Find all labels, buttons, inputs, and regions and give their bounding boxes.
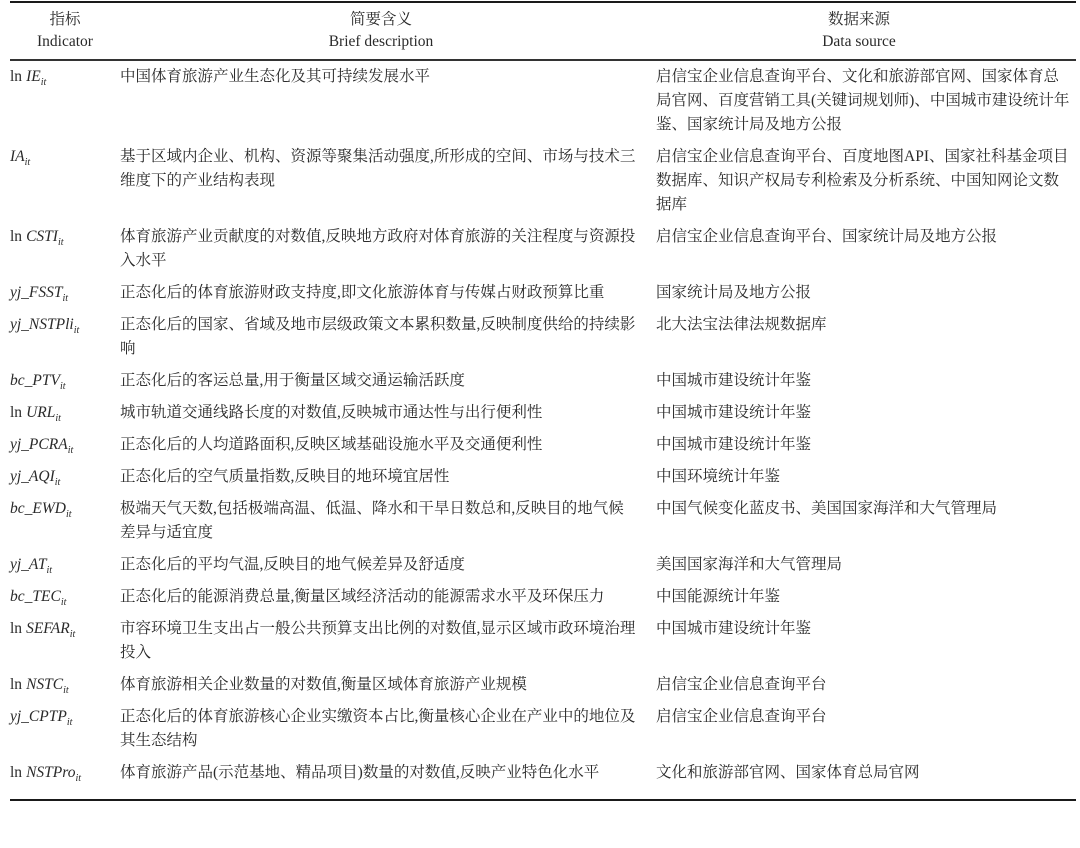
table-row: lnSEFARit市容环境卫生支出占一般公共预算支出比例的对数值,显示区域市政环… (10, 617, 1076, 665)
indicator-variable: bc_TEC (10, 588, 61, 605)
source-cell: 北大法宝法律法规数据库 (642, 313, 1076, 361)
description-cell: 体育旅游产品(示范基地、精品项目)数量的对数值,反映产业特色化水平 (120, 761, 642, 785)
indicator-variable: SEFAR (26, 620, 70, 637)
description-cell: 正态化后的能源消费总量,衡量区域经济活动的能源需求水平及环保压力 (120, 585, 642, 609)
indicator-cell: bc_TECit (10, 585, 120, 609)
indicator-variable: NSTC (26, 676, 63, 693)
indicator-subscript: it (25, 157, 31, 168)
table-row: lnCSTIit体育旅游产业贡献度的对数值,反映地方政府对体育旅游的关注程度与资… (10, 225, 1076, 273)
indicator-cell: lnIEit (10, 65, 120, 137)
indicator-cell: IAit (10, 145, 120, 217)
indicator-cell: yj_NSTPliit (10, 313, 120, 361)
table-row: lnIEit中国体育旅游产业生态化及其可持续发展水平启信宝企业信息查询平台、文化… (10, 65, 1076, 137)
indicator-cell: yj_CPTPit (10, 705, 120, 753)
indicator-cell: lnNSTProit (10, 761, 120, 785)
indicator-cell: yj_PCRAit (10, 433, 120, 457)
header-description: 简要含义 Brief description (120, 3, 642, 59)
description-cell: 正态化后的国家、省域及地市层级政策文本累积数量,反映制度供给的持续影响 (120, 313, 642, 361)
description-cell: 正态化后的人均道路面积,反映区域基础设施水平及交通便利性 (120, 433, 642, 457)
table-row: lnURLit城市轨道交通线路长度的对数值,反映城市通达性与出行便利性中国城市建… (10, 401, 1076, 425)
indicator-subscript: it (66, 509, 72, 520)
description-cell: 正态化后的客运总量,用于衡量区域交通运输活跃度 (120, 369, 642, 393)
indicator-subscript: it (55, 413, 61, 424)
source-cell: 文化和旅游部官网、国家体育总局官网 (642, 761, 1076, 785)
header-indicator: 指标 Indicator (10, 3, 120, 59)
source-cell: 中国气候变化蓝皮书、美国国家海洋和大气管理局 (642, 497, 1076, 545)
header-source-en: Data source (822, 31, 896, 53)
indicator-prefix: ln (10, 676, 22, 693)
indicator-variable: yj_CPTP (10, 708, 67, 725)
description-cell: 中国体育旅游产业生态化及其可持续发展水平 (120, 65, 642, 137)
table-row: yj_FSSTit正态化后的体育旅游财政支持度,即文化旅游体育与传媒占财政预算比… (10, 281, 1076, 305)
indicator-subscript: it (46, 565, 52, 576)
indicator-variable: bc_PTV (10, 372, 60, 389)
indicator-prefix: ln (10, 764, 22, 781)
indicator-table: 指标 Indicator 简要含义 Brief description 数据来源… (10, 1, 1076, 801)
table-row: lnNSTCit体育旅游相关企业数量的对数值,衡量区域体育旅游产业规模启信宝企业… (10, 673, 1076, 697)
header-description-en: Brief description (329, 31, 434, 53)
indicator-cell: lnSEFARit (10, 617, 120, 665)
indicator-prefix: ln (10, 68, 22, 85)
description-cell: 体育旅游产业贡献度的对数值,反映地方政府对体育旅游的关注程度与资源投入水平 (120, 225, 642, 273)
indicator-variable: NSTPro (26, 764, 75, 781)
description-cell: 极端天气天数,包括极端高温、低温、降水和干旱日数总和,反映目的地气候差异与适宜度 (120, 497, 642, 545)
indicator-subscript: it (63, 293, 69, 304)
indicator-variable: IA (10, 148, 25, 165)
indicator-cell: lnNSTCit (10, 673, 120, 697)
indicator-cell: lnURLit (10, 401, 120, 425)
source-cell: 启信宝企业信息查询平台、百度地图API、国家社科基金项目数据库、知识产权局专利检… (642, 145, 1076, 217)
indicator-prefix: ln (10, 620, 22, 637)
indicator-cell: bc_EWDit (10, 497, 120, 545)
indicator-subscript: it (55, 477, 61, 488)
source-cell: 启信宝企业信息查询平台 (642, 673, 1076, 697)
description-cell: 城市轨道交通线路长度的对数值,反映城市通达性与出行便利性 (120, 401, 642, 425)
description-cell: 正态化后的体育旅游财政支持度,即文化旅游体育与传媒占财政预算比重 (120, 281, 642, 305)
indicator-cell: lnCSTIit (10, 225, 120, 273)
indicator-subscript: it (75, 773, 81, 784)
table-row: yj_NSTPliit正态化后的国家、省域及地市层级政策文本累积数量,反映制度供… (10, 313, 1076, 361)
table-row: yj_PCRAit正态化后的人均道路面积,反映区域基础设施水平及交通便利性中国城… (10, 433, 1076, 457)
table-row: yj_ATit正态化后的平均气温,反映目的地气候差异及舒适度美国国家海洋和大气管… (10, 553, 1076, 577)
indicator-cell: yj_ATit (10, 553, 120, 577)
source-cell: 中国环境统计年鉴 (642, 465, 1076, 489)
indicator-cell: bc_PTVit (10, 369, 120, 393)
indicator-variable: URL (26, 404, 55, 421)
indicator-variable: bc_EWD (10, 500, 66, 517)
source-cell: 启信宝企业信息查询平台、文化和旅游部官网、国家体育总局官网、百度营销工具(关键词… (642, 65, 1076, 137)
indicator-prefix: ln (10, 404, 22, 421)
table-row: IAit基于区域内企业、机构、资源等聚集活动强度,所形成的空间、市场与技术三维度… (10, 145, 1076, 217)
source-cell: 美国国家海洋和大气管理局 (642, 553, 1076, 577)
indicator-subscript: it (58, 237, 64, 248)
description-cell: 正态化后的平均气温,反映目的地气候差异及舒适度 (120, 553, 642, 577)
table-header: 指标 Indicator 简要含义 Brief description 数据来源… (10, 3, 1076, 59)
source-cell: 中国城市建设统计年鉴 (642, 617, 1076, 665)
indicator-subscript: it (67, 717, 73, 728)
table-row: yj_AQIit正态化后的空气质量指数,反映目的地环境宜居性中国环境统计年鉴 (10, 465, 1076, 489)
indicator-variable: yj_AQI (10, 468, 55, 485)
source-cell: 启信宝企业信息查询平台 (642, 705, 1076, 753)
indicator-variable: yj_AT (10, 556, 46, 573)
indicator-cell: yj_FSSTit (10, 281, 120, 305)
header-source-zh: 数据来源 (828, 9, 890, 31)
source-cell: 中国城市建设统计年鉴 (642, 369, 1076, 393)
indicator-cell: yj_AQIit (10, 465, 120, 489)
header-source: 数据来源 Data source (642, 3, 1076, 59)
indicator-subscript: it (70, 629, 76, 640)
header-indicator-zh: 指标 (49, 9, 80, 31)
description-cell: 正态化后的空气质量指数,反映目的地环境宜居性 (120, 465, 642, 489)
table-row: lnNSTProit体育旅游产品(示范基地、精品项目)数量的对数值,反映产业特色… (10, 761, 1076, 785)
table-row: yj_CPTPit正态化后的体育旅游核心企业实缴资本占比,衡量核心企业在产业中的… (10, 705, 1076, 753)
indicator-variable: yj_FSST (10, 284, 63, 301)
indicator-subscript: it (68, 445, 74, 456)
indicator-variable: CSTI (26, 228, 58, 245)
header-description-zh: 简要含义 (350, 9, 412, 31)
indicator-subscript: it (60, 381, 66, 392)
table-body: lnIEit中国体育旅游产业生态化及其可持续发展水平启信宝企业信息查询平台、文化… (10, 61, 1076, 799)
table-row: bc_TECit正态化后的能源消费总量,衡量区域经济活动的能源需求水平及环保压力… (10, 585, 1076, 609)
indicator-subscript: it (41, 77, 47, 88)
description-cell: 基于区域内企业、机构、资源等聚集活动强度,所形成的空间、市场与技术三维度下的产业… (120, 145, 642, 217)
header-indicator-en: Indicator (37, 31, 93, 53)
table-row: bc_EWDit极端天气天数,包括极端高温、低温、降水和干旱日数总和,反映目的地… (10, 497, 1076, 545)
indicator-variable: yj_NSTPli (10, 316, 74, 333)
description-cell: 体育旅游相关企业数量的对数值,衡量区域体育旅游产业规模 (120, 673, 642, 697)
indicator-variable: yj_PCRA (10, 436, 68, 453)
table-row: bc_PTVit正态化后的客运总量,用于衡量区域交通运输活跃度中国城市建设统计年… (10, 369, 1076, 393)
indicator-subscript: it (61, 597, 67, 608)
bottom-rule (10, 799, 1076, 802)
source-cell: 国家统计局及地方公报 (642, 281, 1076, 305)
indicator-subscript: it (63, 685, 69, 696)
source-cell: 中国能源统计年鉴 (642, 585, 1076, 609)
description-cell: 市容环境卫生支出占一般公共预算支出比例的对数值,显示区域市政环境治理投入 (120, 617, 642, 665)
indicator-prefix: ln (10, 228, 22, 245)
source-cell: 启信宝企业信息查询平台、国家统计局及地方公报 (642, 225, 1076, 273)
indicator-variable: IE (26, 68, 41, 85)
indicator-subscript: it (74, 325, 80, 336)
source-cell: 中国城市建设统计年鉴 (642, 401, 1076, 425)
source-cell: 中国城市建设统计年鉴 (642, 433, 1076, 457)
description-cell: 正态化后的体育旅游核心企业实缴资本占比,衡量核心企业在产业中的地位及其生态结构 (120, 705, 642, 753)
